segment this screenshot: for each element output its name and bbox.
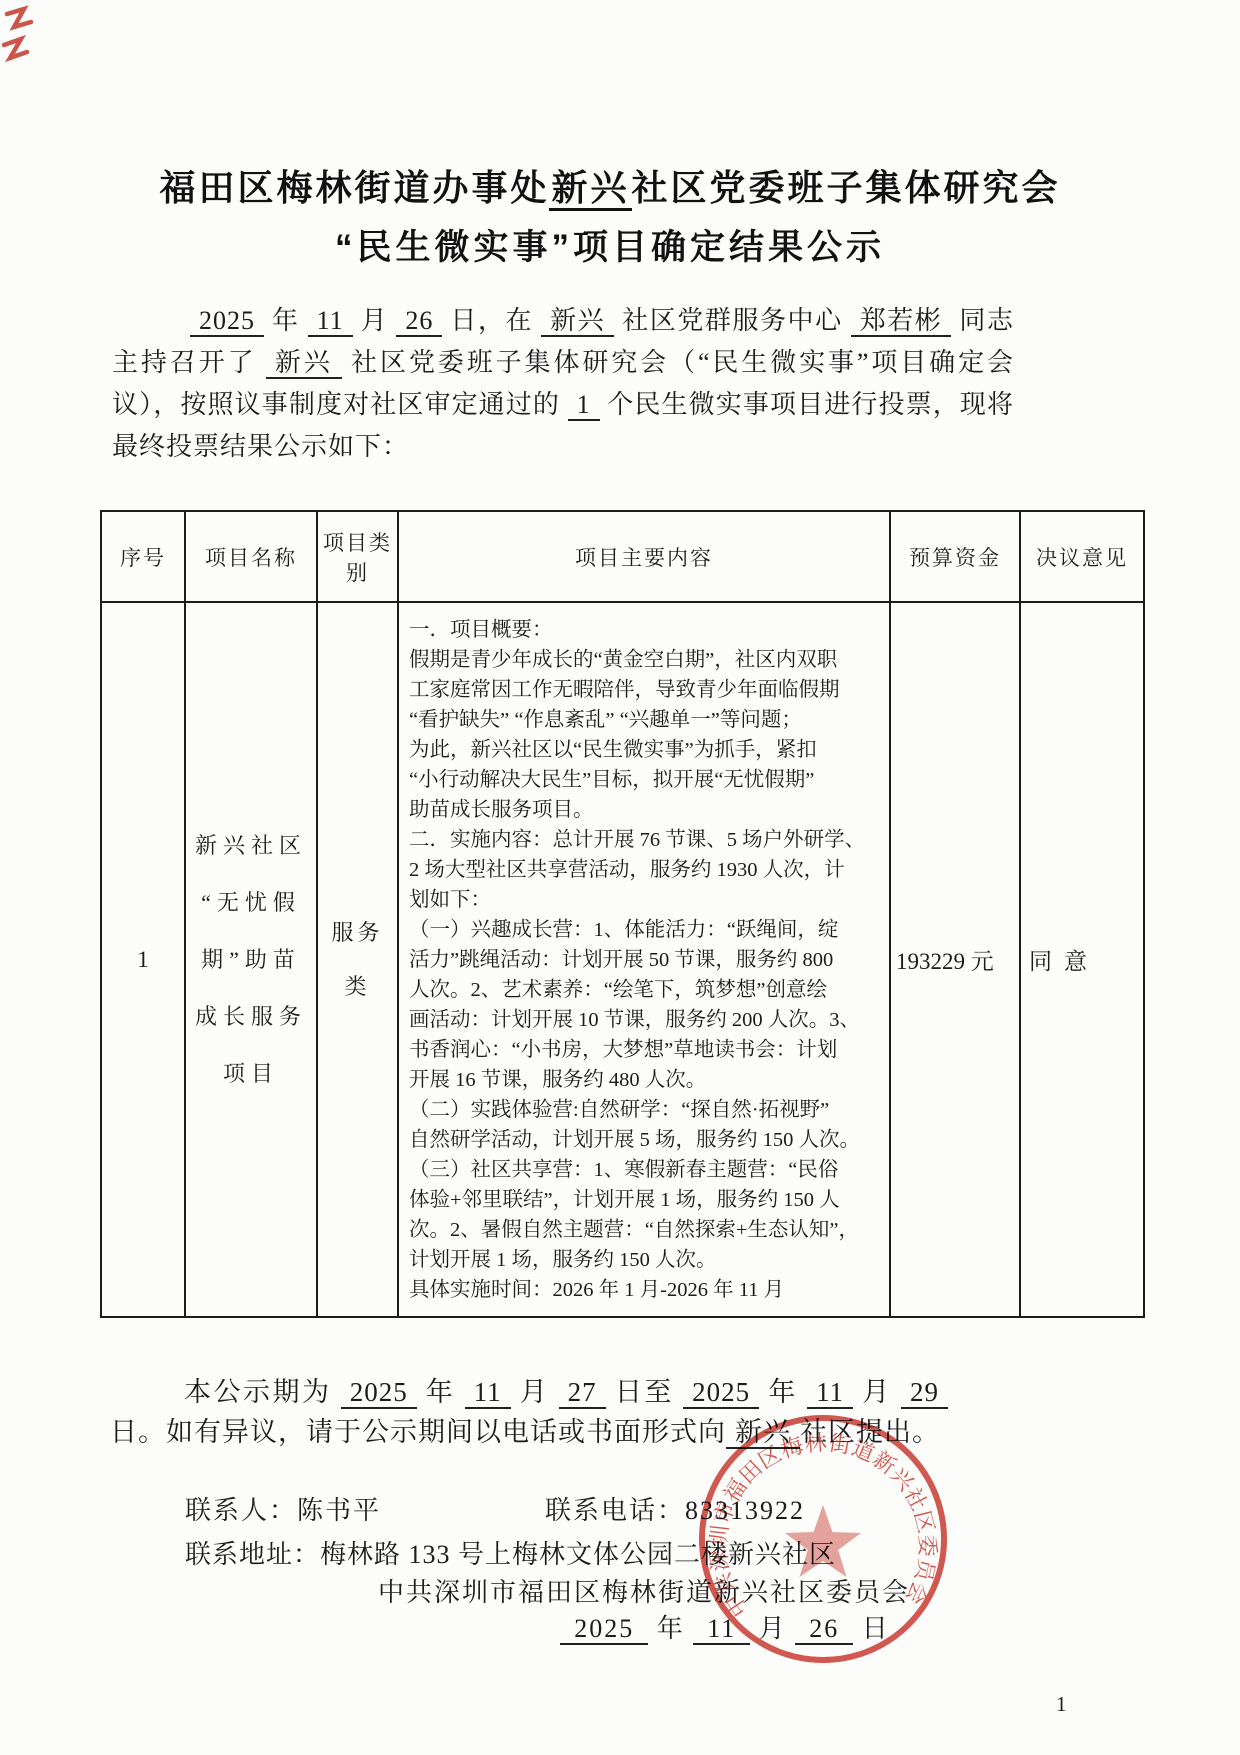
title-underlined-word: 新兴 <box>549 167 631 211</box>
notice-paragraph: 本公示期为 2025 年 11 月 27 日至 2025 年 11 月 29 日… <box>110 1372 948 1452</box>
text-segment-underlined: 2025 <box>341 1377 417 1409</box>
title-suffix: 社区党委班子集体研究会 <box>632 167 1061 208</box>
text-segment: 日。如有异议，请于公示期间以电话或书面形式向 <box>110 1417 726 1447</box>
contact-phone: 联系电话：83313922 <box>545 1490 805 1527</box>
row-cell-project-name: 新兴社区 “无忧假 期”助苗 成长服务 项目 <box>186 603 318 1316</box>
row-cell-index: 1 <box>102 603 186 1316</box>
intro-paragraph: 2025 年 11 月 26 日，在 新兴 社区党群服务中心 郑若彬 同志主持召… <box>112 300 1014 468</box>
text-segment: 日，在 <box>442 306 541 335</box>
text-segment: 年 <box>648 1614 693 1643</box>
text-segment-underlined: 29 <box>901 1377 948 1409</box>
text-segment: 月 <box>750 1614 795 1643</box>
text-segment-underlined: 26 <box>396 306 442 337</box>
text-segment: 社区提出。 <box>800 1417 940 1447</box>
document-title-line-1: 福田区梅林街道办事处新兴社区党委班子集体研究会 <box>90 160 1130 211</box>
text-segment-underlined: 2025 <box>190 306 264 337</box>
text-segment-underlined: 11 <box>465 1377 511 1409</box>
header-cell-decision: 决议意见 <box>1021 512 1143 603</box>
text-segment-underlined: 新兴 <box>726 1417 800 1449</box>
issue-date: 2025 年 11 月 26 日 <box>0 1608 1240 1645</box>
header-cell-index: 序号 <box>102 512 186 603</box>
text-segment-underlined: 11 <box>308 306 353 337</box>
contact-person: 联系人：陈书平 <box>185 1490 381 1527</box>
project-table: 序号 项目名称 项目类 别 项目主要内容 预算资金 决议意见 1 新兴社区 “无… <box>100 510 1145 1318</box>
text-segment-underlined: 27 <box>559 1377 606 1409</box>
row-cell-decision: 同意 <box>1021 603 1143 1316</box>
header-cell-content: 项目主要内容 <box>399 512 891 603</box>
row-cell-budget: 193229 元 <box>891 603 1021 1316</box>
text-segment: 月 <box>853 1377 901 1407</box>
text-segment: 本公示期为 <box>184 1377 341 1407</box>
text-segment-underlined: 11 <box>807 1377 853 1409</box>
header-cell-category: 项目类 别 <box>318 512 399 603</box>
text-segment-underlined: 新兴 <box>541 306 614 337</box>
page-number: 1 <box>1056 1692 1067 1717</box>
row-cell-main-content: 一．项目概要： 假期是青少年成长的“黄金空白期”，社区内双职 工家庭常因工作无暇… <box>399 603 891 1316</box>
header-cell-name: 项目名称 <box>186 512 318 603</box>
header-cell-budget: 预算资金 <box>891 512 1021 603</box>
committee-name: 中共深圳市福田区梅林街道新兴社区委员会 <box>378 1572 910 1609</box>
text-segment: 年 <box>759 1377 807 1407</box>
row-cell-category: 服务 类 <box>318 603 399 1316</box>
text-segment: 日 <box>853 1614 890 1643</box>
text-segment: 日至 <box>606 1377 683 1407</box>
text-segment-underlined: 郑若彬 <box>851 306 952 337</box>
text-segment-underlined: 26 <box>795 1614 853 1645</box>
text-segment-underlined: 2025 <box>683 1377 759 1409</box>
text-segment: 月 <box>511 1377 559 1407</box>
text-segment-underlined: 1 <box>568 390 600 421</box>
text-segment: 年 <box>264 306 308 335</box>
document-title-line-2: “民生微实事”项目确定结果公示 <box>90 220 1130 270</box>
document-page: 福田区梅林街道办事处新兴社区党委班子集体研究会 “民生微实事”项目确定结果公示 … <box>0 0 1240 1755</box>
text-segment: 年 <box>417 1377 465 1407</box>
text-segment-underlined: 2025 <box>560 1614 648 1645</box>
title-prefix: 福田区梅林街道办事处 <box>159 167 549 208</box>
text-segment-underlined: 新兴 <box>266 348 342 379</box>
text-segment-underlined: 11 <box>693 1614 750 1645</box>
text-segment: 社区党群服务中心 <box>614 306 850 335</box>
text-segment: 月 <box>353 306 397 335</box>
corner-red-marks-icon <box>4 9 31 58</box>
contact-address: 联系地址：梅林路 133 号上梅林文体公园二楼新兴社区 <box>185 1534 836 1571</box>
